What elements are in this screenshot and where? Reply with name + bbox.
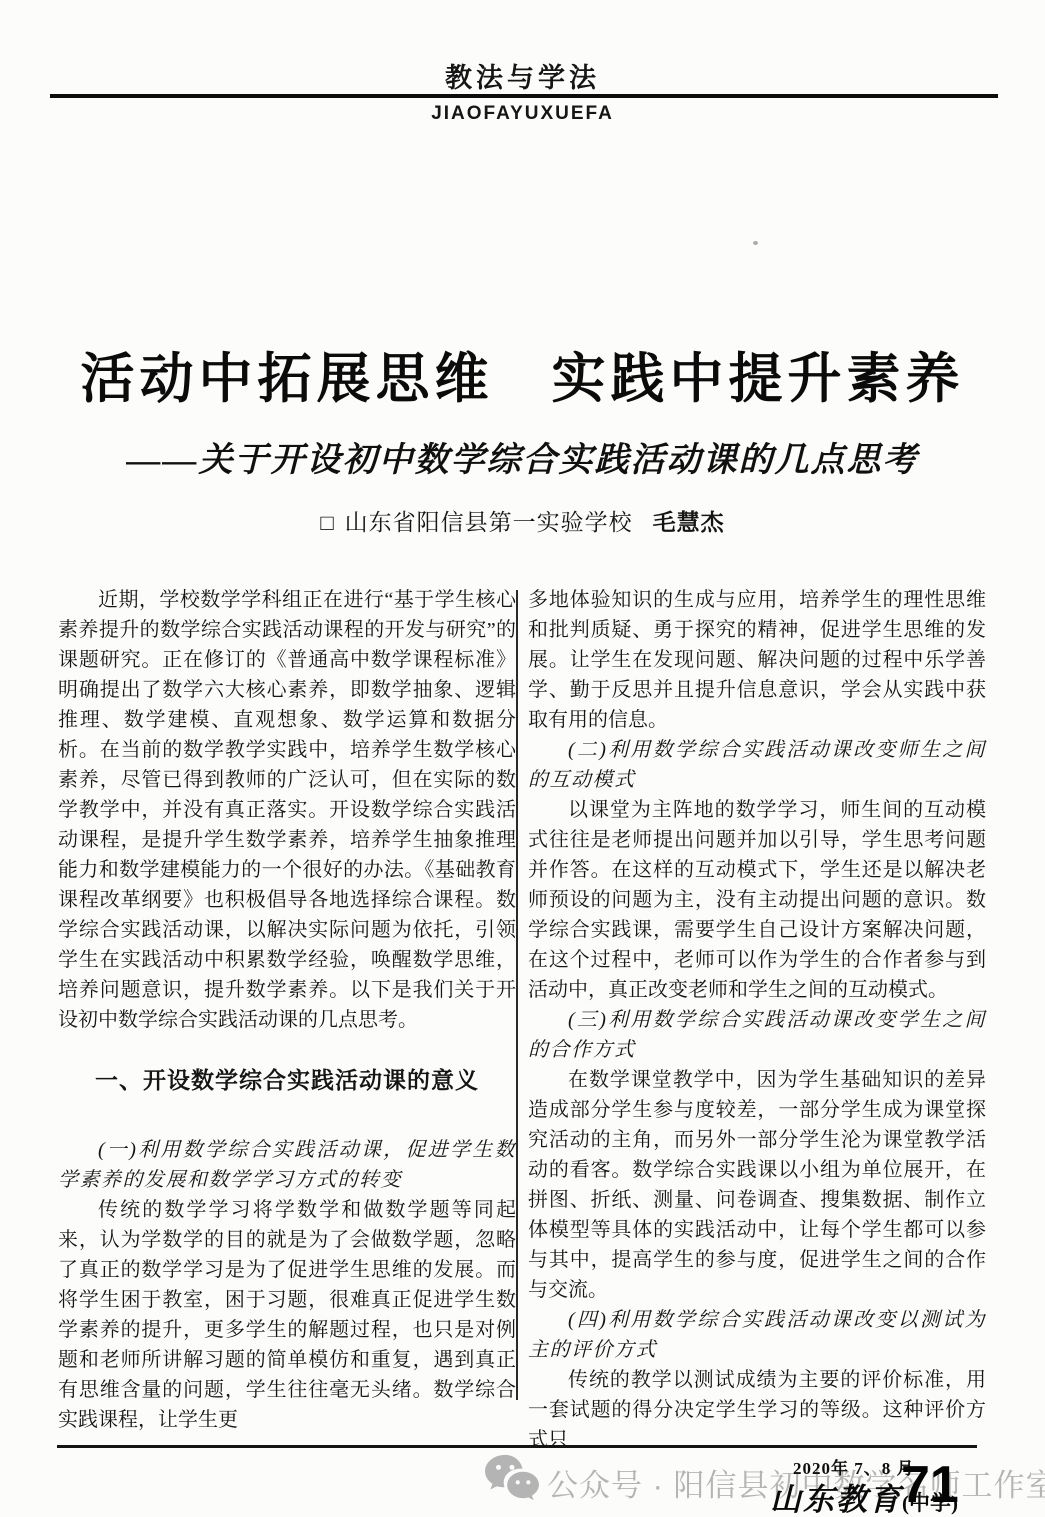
title-part-2: 实践中提升素养 [552, 349, 965, 409]
paragraph-right-1: 多地体验知识的生成与应用，培养学生的理性思维和批判质疑、勇于探究的精神，促进学生… [528, 585, 986, 735]
author-marker-icon: □ [320, 510, 334, 536]
paragraph-right-3: 在数学课堂教学中，因为学生基础知识的差异造成部分学生参与度较差，一部分学生成为课… [528, 1065, 986, 1305]
column-title: 教法与学法 [0, 56, 1045, 95]
body-right-column: 多地体验知识的生成与应用，培养学生的理性思维和批判质疑、勇于探究的精神，促进学生… [528, 585, 986, 1455]
subsection-heading-3: (三)利用数学综合实践活动课改变学生之间的合作方式 [528, 1005, 986, 1065]
wechat-icon [483, 1452, 541, 1504]
author-name: 毛慧杰 [653, 509, 725, 535]
column-pinyin: JIAOFAYUXUEFA [0, 103, 1045, 125]
page-number: 71 [901, 1455, 959, 1515]
journal-name: 山东教育 [770, 1482, 902, 1517]
author-line: □山东省阳信县第一实验学校毛慧杰 [0, 504, 1045, 537]
author-affiliation: 山东省阳信县第一实验学校 [345, 510, 633, 535]
article-title: 活动中拓展思维实践中提升素养 [0, 336, 1045, 413]
section-heading-1: 一、开设数学综合实践活动课的意义 [58, 1065, 516, 1095]
paragraph-intro: 近期，学校数学学科组正在进行“基于学生核心素养提升的数学综合实践活动课程的开发与… [58, 585, 516, 1035]
scan-speck [753, 241, 758, 245]
subsection-heading-1: (一)利用数学综合实践活动课，促进学生数学素养的发展和数学学习方式的转变 [58, 1135, 516, 1195]
article-subtitle: ——关于开设初中数学综合实践活动课的几点思考 [0, 432, 1045, 481]
subsection-heading-4: (四)利用数学综合实践活动课改变以测试为主的评价方式 [528, 1305, 986, 1365]
column-divider [516, 590, 518, 1400]
paragraph-right-2: 以课堂为主阵地的数学学习，师生间的互动模式往往是老师提出问题并加以引导，学生思考… [528, 795, 986, 1005]
title-part-1: 活动中拓展思维 [81, 349, 494, 409]
paragraph-right-4: 传统的教学以测试成绩为主要的评价标准，用一套试题的得分决定学生学习的等级。这种评… [528, 1365, 986, 1455]
header-rule [50, 94, 998, 98]
journal-page: 教法与学法 JIAOFAYUXUEFA 活动中拓展思维实践中提升素养 ——关于开… [0, 0, 1045, 1517]
paragraph-left-2: 传统的数学学习将学数学和做数学题等同起来，认为学数学的目的就是为了会做数学题，忽… [58, 1195, 516, 1435]
footer-rule [57, 1445, 977, 1448]
subsection-heading-2: (二)利用数学综合实践活动课改变师生之间的互动模式 [528, 735, 986, 795]
body-left-column: 近期，学校数学学科组正在进行“基于学生核心素养提升的数学综合实践活动课程的开发与… [58, 585, 516, 1435]
